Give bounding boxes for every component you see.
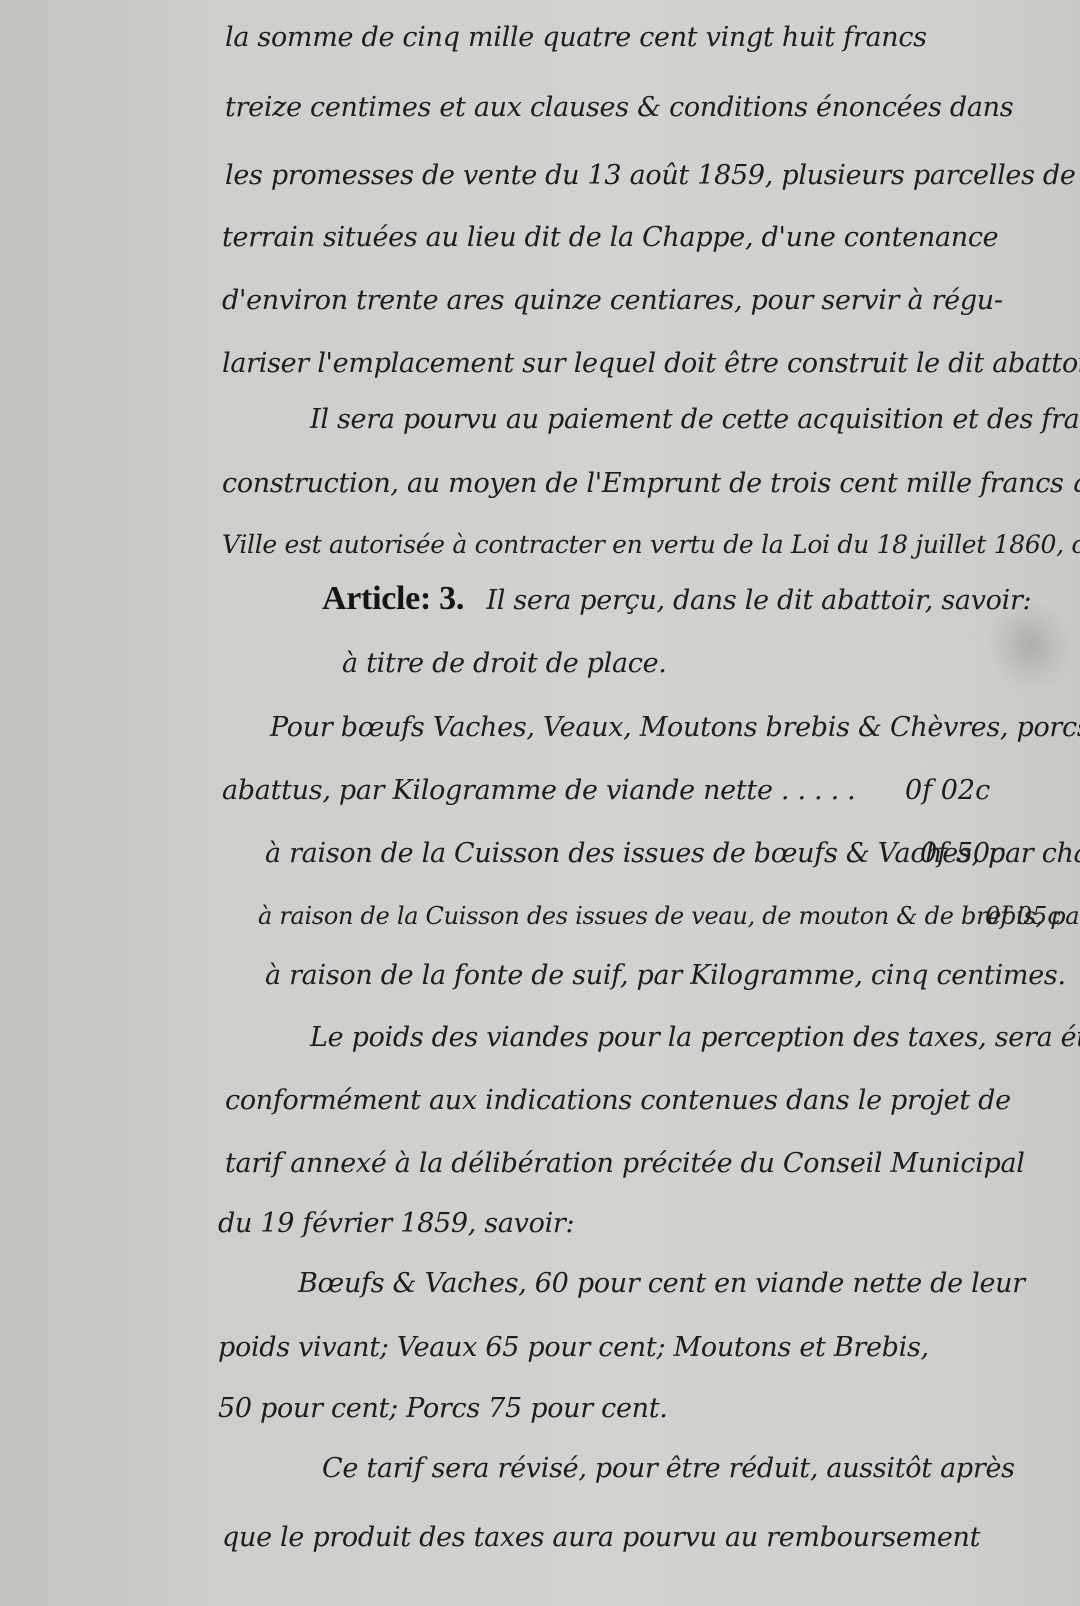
text-line-1: la somme de cinq mille quatre cent vingt…	[225, 22, 927, 53]
ratio-line-2: poids vivant; Veaux 65 pour cent; Mouton…	[218, 1332, 929, 1363]
text-line-2: treize centimes et aux clauses & conditi…	[225, 92, 1013, 123]
paragraph-funding-line-3: Ville est autorisée à contracter en vert…	[222, 530, 1080, 559]
article-text: Il sera perçu, dans le dit abattoir, sav…	[486, 585, 1031, 616]
text-line-6: lariser l'emplacement sur lequel doit êt…	[222, 348, 1080, 379]
paragraph-poids-line-1: Le poids des viandes pour la perception …	[310, 1022, 1080, 1053]
subheading-droit-de-place: à titre de droit de place.	[342, 648, 667, 679]
text-line-3: les promesses de vente du 13 août 1859, …	[225, 160, 1076, 191]
tariff-item-fonte-suif: à raison de la fonte de suif, par Kilogr…	[265, 960, 1066, 991]
paragraph-poids-line-4: du 19 février 1859, savoir:	[218, 1208, 574, 1239]
paragraph-funding-line-2: construction, au moyen de l'Emprunt de t…	[222, 468, 1080, 499]
paragraph-poids-line-3: tarif annexé à la délibération précitée …	[225, 1148, 1025, 1179]
revision-line-2: que le produit des taxes aura pourvu au …	[222, 1522, 980, 1553]
ratio-line-3: 50 pour cent; Porcs 75 pour cent.	[218, 1393, 668, 1424]
paragraph-funding-line-1: Il sera pourvu au paiement de cette acqu…	[310, 404, 1080, 435]
tariff-intro-line-2: abattus, par Kilogramme de viande nette …	[222, 775, 855, 806]
text-line-4: terrain situées au lieu dit de la Chappe…	[222, 222, 998, 253]
article-3-heading: Article: 3. Il sera perçu, dans le dit a…	[322, 580, 1031, 618]
tariff-amount-cuisson-boeufs: 0f 50c	[920, 838, 1005, 869]
tariff-amount-per-kg: 0f 02c	[905, 775, 990, 806]
tariff-intro-line-1: Pour bœufs Vaches, Veaux, Moutons brebis…	[270, 712, 1080, 743]
revision-line-1: Ce tarif sera révisé, pour être réduit, …	[322, 1453, 1015, 1484]
text-line-5: d'environ trente ares quinze centiares, …	[222, 285, 1003, 316]
article-label: Article: 3.	[322, 580, 464, 617]
tariff-item-cuisson-veau: à raison de la Cuisson des issues de vea…	[258, 902, 1080, 930]
ratio-line-1: Bœufs & Vaches, 60 pour cent en viande n…	[298, 1268, 1025, 1299]
paragraph-poids-line-2: conformément aux indications contenues d…	[225, 1085, 1011, 1116]
tariff-amount-cuisson-veau: 0f 05c	[985, 902, 1061, 930]
manuscript-page: la somme de cinq mille quatre cent vingt…	[0, 0, 1080, 1606]
